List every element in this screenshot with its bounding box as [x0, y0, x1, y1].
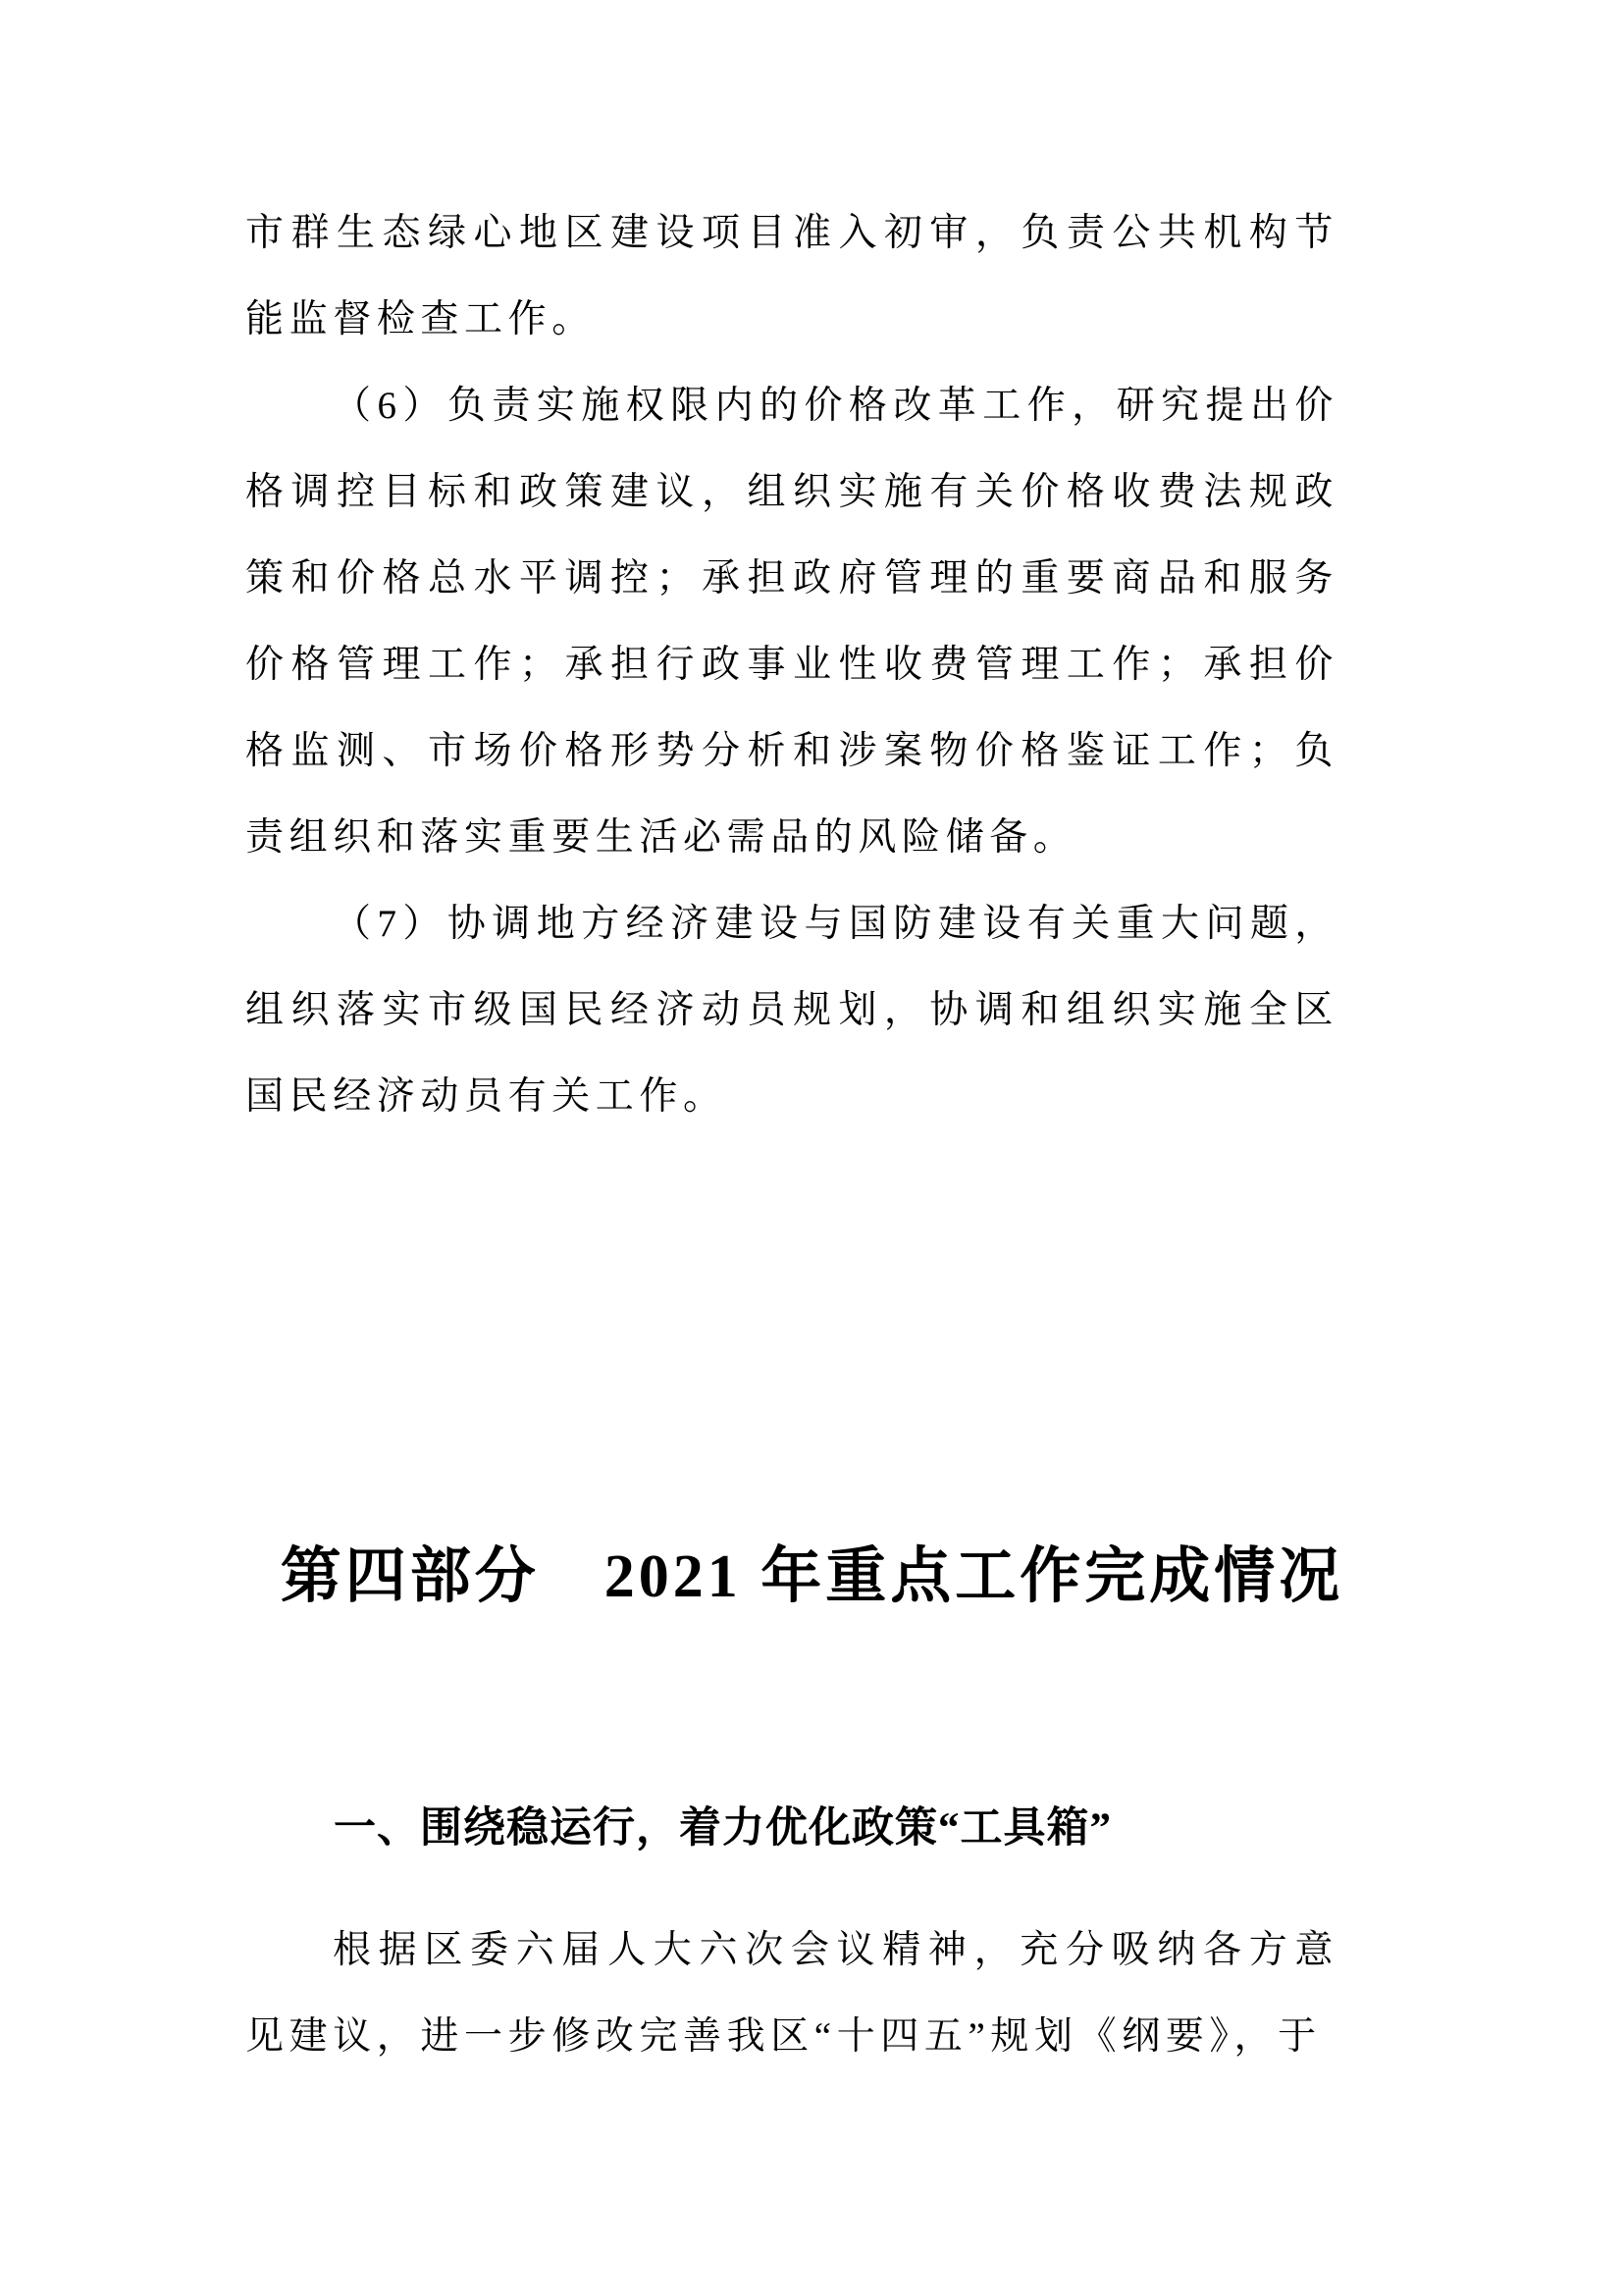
continued-paragraph: 市群生态绿心地区建设项目准入初审，负责公共机构节能监督检查工作。	[245, 190, 1338, 363]
duties-text-block: 市群生态绿心地区建设项目准入初审，负责公共机构节能监督检查工作。 （6）负责实施…	[245, 190, 1338, 1140]
opening-text-block: 根据区委六届人大六次会议精神，充分吸纳各方意见建议，进一步修改完善我区“十四五”…	[245, 1907, 1338, 2080]
section-heading: 第四部分 2021 年重点工作完成情况	[0, 1540, 1624, 1613]
opening-paragraph: 根据区委六届人大六次会议精神，充分吸纳各方意见建议，进一步修改完善我区“十四五”…	[245, 1907, 1338, 2080]
document-page: 市群生态绿心地区建设项目准入初审，负责公共机构节能监督检查工作。 （6）负责实施…	[0, 0, 1624, 2296]
duty-paragraph-7: （7）协调地方经济建设与国防建设有关重大问题，组织落实市级国民经济动员规划，协调…	[245, 881, 1338, 1140]
duty-paragraph-6: （6）负责实施权限内的价格改革工作，研究提出价格调控目标和政策建议，组织实施有关…	[245, 363, 1338, 881]
subsection-heading: 一、围绕稳运行，着力优化政策“工具箱”	[334, 1801, 1112, 1856]
